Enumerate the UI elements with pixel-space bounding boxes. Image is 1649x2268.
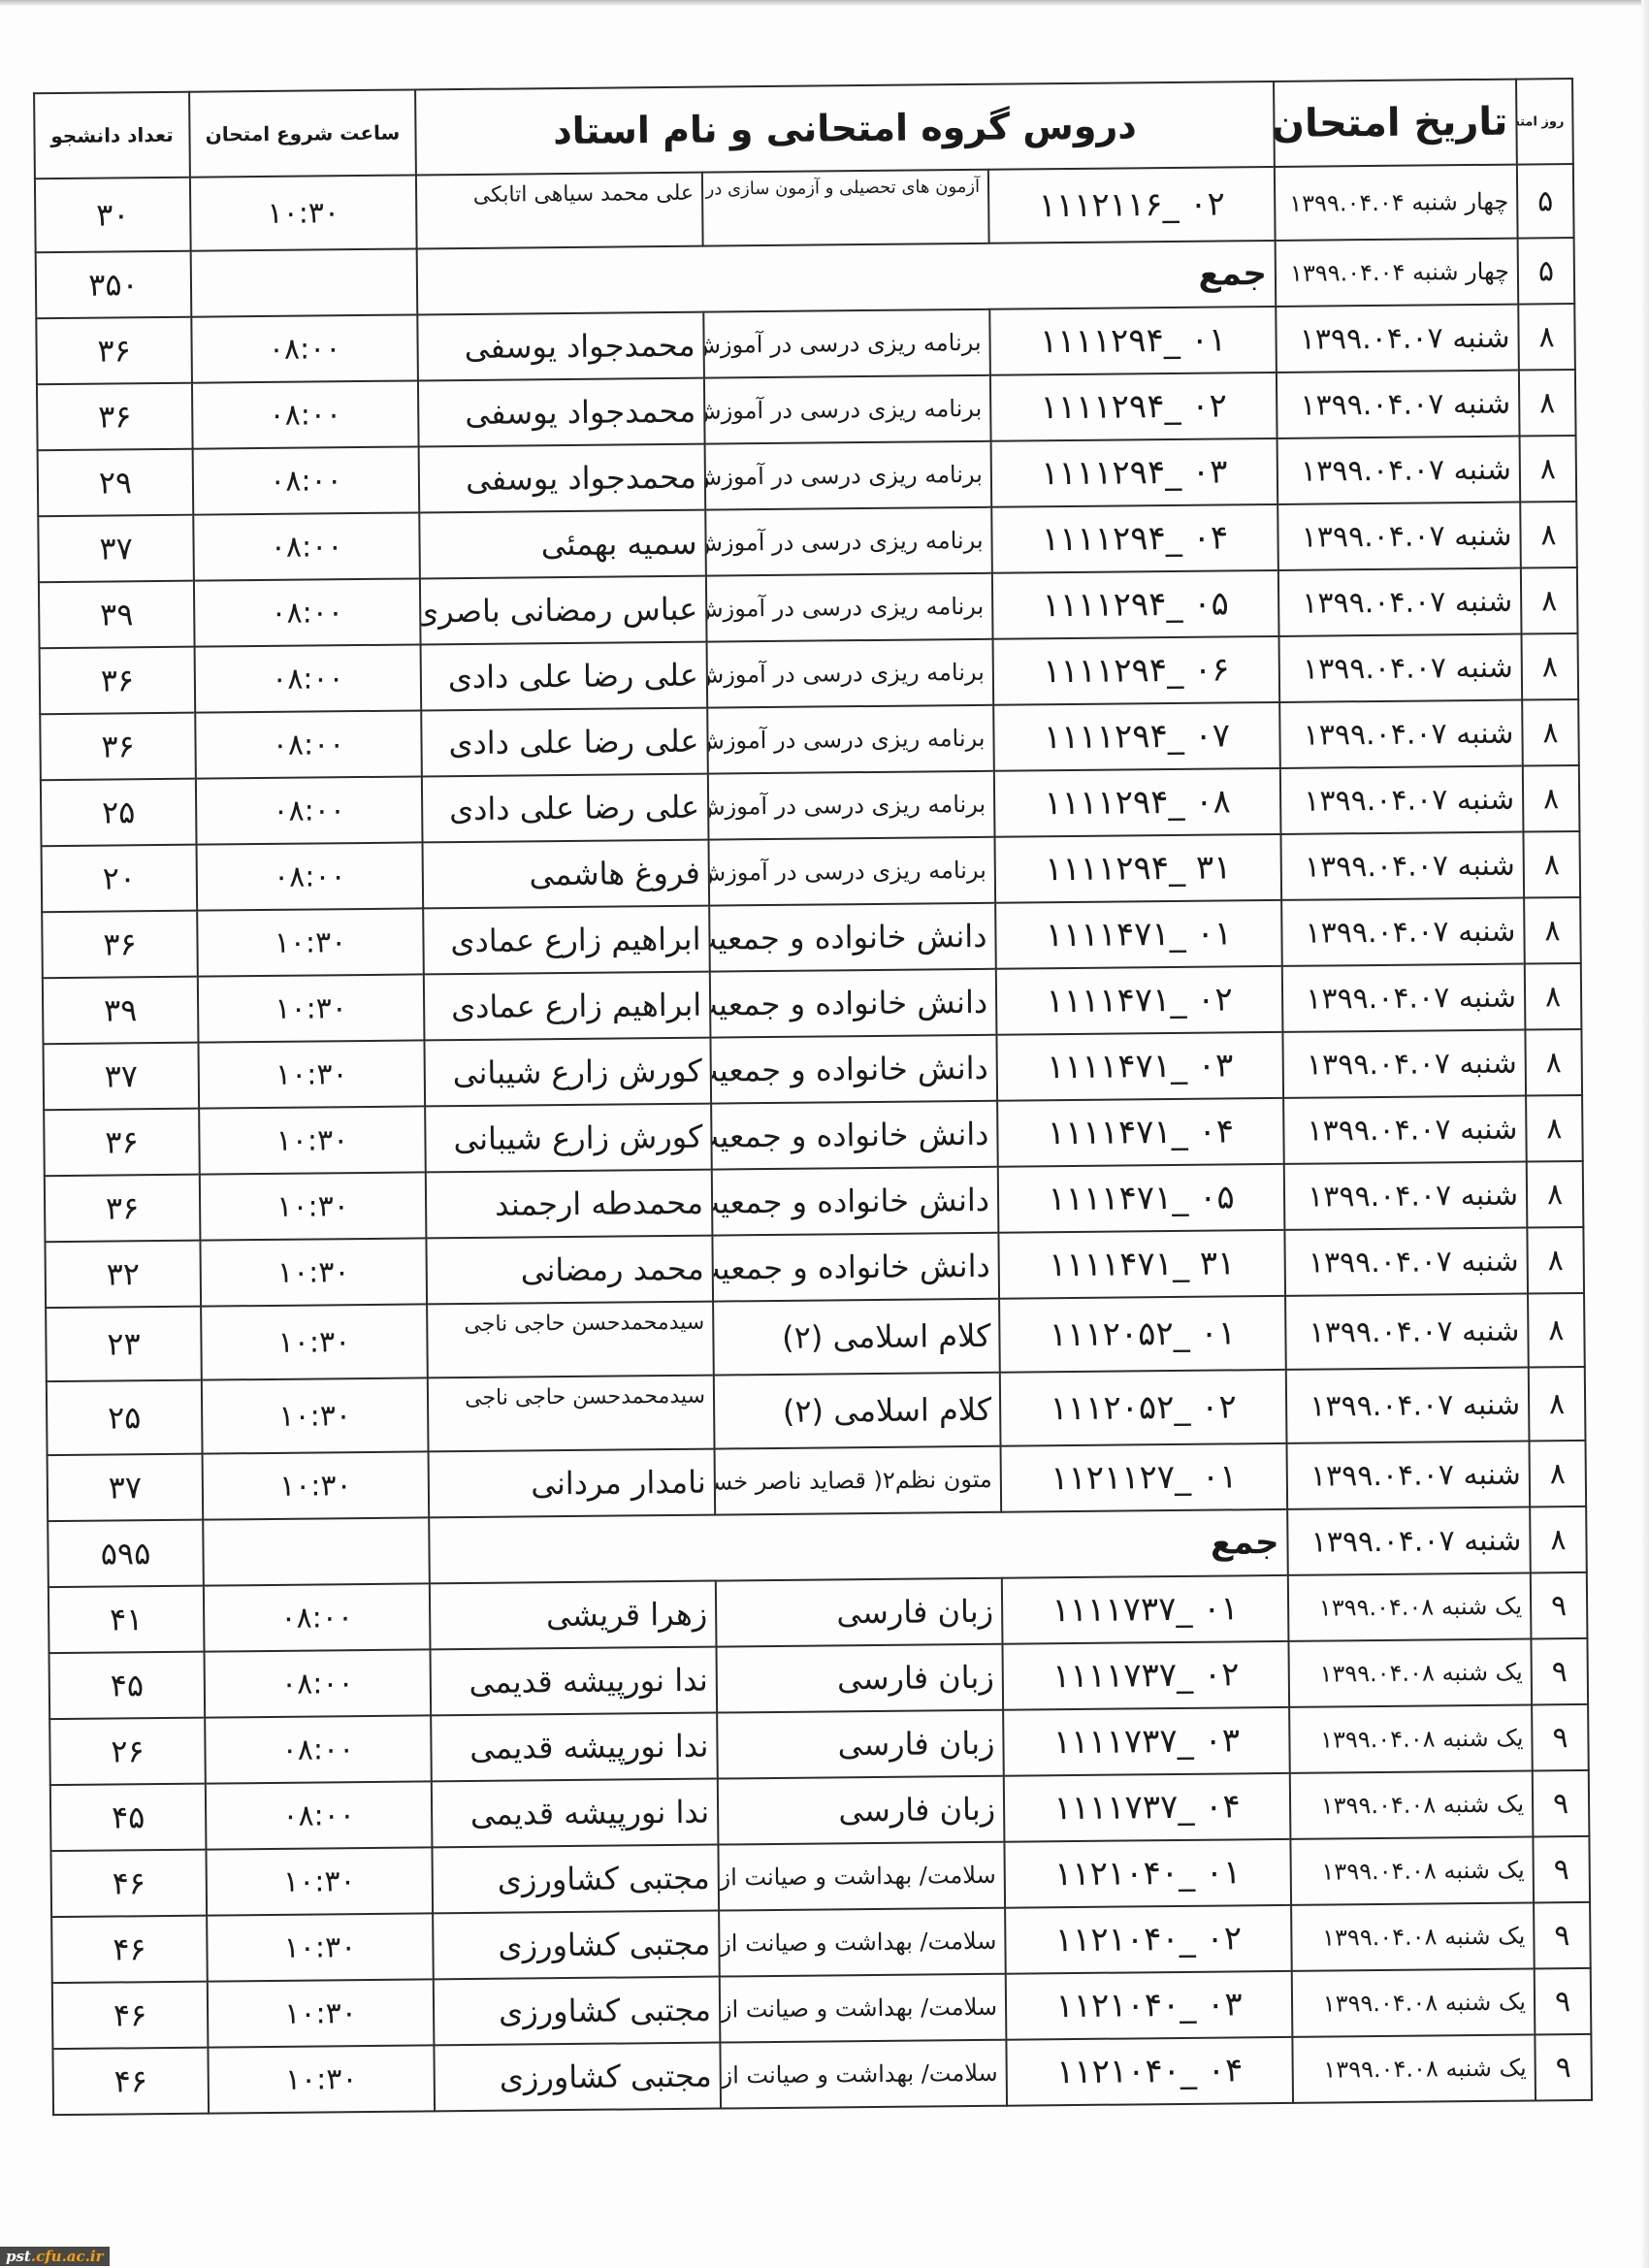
start-time-cell: ۰۸:۰۰ bbox=[197, 842, 424, 910]
exam-day-cell: ۸ bbox=[1519, 370, 1576, 437]
start-time-cell: ۱۰:۳۰ bbox=[200, 1172, 427, 1240]
exam-day-cell: ۵ bbox=[1517, 164, 1574, 239]
exam-day-cell: ۸ bbox=[1529, 1441, 1586, 1507]
student-count-cell: ۴۵ bbox=[49, 1652, 206, 1720]
professor-name-cell: محمد رمضانی bbox=[426, 1236, 713, 1305]
professor-name-cell: سمیه بهمئی bbox=[419, 510, 706, 579]
start-time-cell: ۱۰:۳۰ bbox=[200, 1238, 427, 1306]
professor-name-cell: ندا نورپیشه قدیمی bbox=[431, 1713, 718, 1782]
exam-date-cell: شنبه ۱۳۹۹.۰۴.۰۷ bbox=[1277, 437, 1521, 504]
scan-edge-shadow bbox=[0, 0, 1649, 6]
course-code-cell: ۱۱۱۱۴۷۱_ ۰۱ bbox=[995, 900, 1282, 969]
start-time-cell: ۱۰:۳۰ bbox=[208, 1979, 435, 2047]
exam-day-cell: ۸ bbox=[1523, 765, 1580, 832]
exam-date-cell: شنبه ۱۳۹۹.۰۴.۰۷ bbox=[1282, 1030, 1526, 1098]
course-name-cell: سلامت/ بهداشت و صیانت از محیط زیست bbox=[719, 1908, 1006, 1977]
exam-schedule-table: روز امتحان تاریخ امتحان دروس گروه امتحان… bbox=[33, 78, 1593, 2116]
course-name-cell: زبان فارسی bbox=[717, 1710, 1004, 1779]
course-code-cell: ۱۱۲۱۱۲۷_ ۰۱ bbox=[1001, 1443, 1288, 1512]
total-count-cell: ۳۵۰ bbox=[36, 251, 192, 319]
exam-day-cell: ۸ bbox=[1529, 1367, 1586, 1442]
exam-date-cell: یک شنبه ۱۳۹۹.۰۴.۰۸ bbox=[1288, 1572, 1532, 1640]
exam-date-cell: شنبه ۱۳۹۹.۰۴.۰۷ bbox=[1277, 371, 1520, 438]
student-count-cell: ۳۷ bbox=[48, 1454, 204, 1522]
student-count-cell: ۲۳ bbox=[46, 1307, 202, 1382]
student-count-cell: ۲۹ bbox=[38, 449, 194, 517]
exam-day-cell: ۹ bbox=[1535, 1968, 1592, 2035]
exam-day-cell: ۵ bbox=[1518, 238, 1575, 305]
professor-name-cell: فروغ هاشمی bbox=[423, 840, 710, 909]
course-code-cell: ۱۱۱۱۲۹۴_ ۰۷ bbox=[993, 702, 1280, 771]
course-name-cell: سلامت/ بهداشت و صیانت از محیط زیست bbox=[720, 1974, 1007, 2043]
exam-day-cell: ۸ bbox=[1522, 633, 1579, 700]
exam-date-cell: شنبه ۱۳۹۹.۰۴.۰۷ bbox=[1279, 634, 1523, 702]
start-time-cell: ۱۰:۳۰ bbox=[198, 974, 425, 1042]
student-count-cell: ۴۵ bbox=[50, 1784, 207, 1852]
professor-name-cell: ابراهیم زارع عمادی bbox=[424, 972, 711, 1041]
student-count-cell: ۳۶ bbox=[42, 911, 198, 979]
student-count-cell: ۴۶ bbox=[52, 2048, 209, 2116]
exam-date-cell: شنبه ۱۳۹۹.۰۴.۰۷ bbox=[1287, 1442, 1531, 1509]
course-name-cell: دانش خانواده و جمعیت bbox=[710, 969, 997, 1038]
course-code-cell: ۱۱۱۱۲۹۴_ ۰۳ bbox=[991, 438, 1278, 507]
watermark-part1: pst bbox=[6, 2248, 31, 2265]
professor-name-cell: کورش زارع شیبانی bbox=[425, 1104, 712, 1173]
professor-name-cell: ابراهیم زارع عمادی bbox=[423, 906, 710, 975]
empty-time-cell bbox=[191, 248, 418, 316]
start-time-cell: ۱۰:۳۰ bbox=[198, 1040, 425, 1108]
empty-time-cell bbox=[203, 1517, 430, 1585]
start-time-cell: ۰۸:۰۰ bbox=[204, 1583, 431, 1651]
exam-day-cell: ۸ bbox=[1521, 567, 1578, 634]
table-body: ۵چهار شنبه ۱۳۹۹.۰۴.۰۴۱۱۱۲۱۱۶_ ۰۲آزمون ها… bbox=[35, 164, 1592, 2115]
student-count-cell: ۳۶ bbox=[40, 713, 196, 781]
course-name-cell: برنامه ریزی درسی در آموزش ابتدایی bbox=[705, 441, 992, 510]
student-count-cell: ۴۶ bbox=[52, 1982, 209, 2050]
professor-name-cell: مجتبی کشاورزی bbox=[434, 2043, 721, 2112]
exam-day-cell: ۸ bbox=[1523, 831, 1580, 898]
course-code-cell: ۱۱۲۱۰۴۰_ ۰۲ bbox=[1005, 1905, 1292, 1974]
exam-day-cell: ۸ bbox=[1530, 1507, 1587, 1573]
start-time-cell: ۰۸:۰۰ bbox=[192, 380, 419, 448]
professor-name-cell: علی محمد سیاهی اتابکی bbox=[416, 173, 703, 249]
start-time-cell: ۱۰:۳۰ bbox=[199, 1106, 426, 1174]
exam-date-cell: یک شنبه ۱۳۹۹.۰۴.۰۸ bbox=[1289, 1704, 1533, 1772]
exam-date-cell: یک شنبه ۱۳۹۹.۰۴.۰۸ bbox=[1292, 1968, 1536, 2036]
student-count-cell: ۳۶ bbox=[45, 1175, 201, 1243]
course-code-cell: ۱۱۱۲۱۱۶_ ۰۲ bbox=[988, 167, 1276, 243]
student-count-cell: ۳۹ bbox=[39, 581, 195, 649]
header-date: تاریخ امتحان bbox=[1274, 80, 1517, 167]
header-start-time: ساعت شروع امتحان bbox=[189, 89, 416, 177]
course-code-cell: ۱۱۱۲۰۵۲_ ۰۲ bbox=[1000, 1370, 1287, 1446]
professor-name-cell: مجتبی کشاورزی bbox=[434, 1977, 721, 2046]
professor-name-cell: نامدار مردانی bbox=[429, 1449, 716, 1518]
course-code-cell: ۱۱۱۱۷۳۷_ ۰۴ bbox=[1004, 1773, 1291, 1842]
exam-day-cell: ۹ bbox=[1533, 1836, 1590, 1903]
professor-name-cell: علی رضا علی دادی bbox=[422, 774, 709, 843]
course-name-cell: دانش خانواده و جمعیت bbox=[710, 1035, 997, 1104]
exam-day-cell: ۹ bbox=[1534, 1902, 1591, 1969]
exam-date-cell: یک شنبه ۱۳۹۹.۰۴.۰۸ bbox=[1292, 2034, 1536, 2102]
course-name-cell: برنامه ریزی درسی در آموزش ابتدایی bbox=[704, 375, 991, 444]
exam-date-cell: یک شنبه ۱۳۹۹.۰۴.۰۸ bbox=[1288, 1638, 1532, 1706]
scan-edge-shadow-right bbox=[1641, 0, 1649, 2268]
course-code-cell: ۱۱۱۱۷۳۷_ ۰۲ bbox=[1002, 1641, 1289, 1710]
exam-day-cell: ۸ bbox=[1526, 1095, 1583, 1162]
exam-date-cell: یک شنبه ۱۳۹۹.۰۴.۰۸ bbox=[1290, 1836, 1534, 1904]
exam-date-cell: شنبه ۱۳۹۹.۰۴.۰۷ bbox=[1277, 502, 1521, 570]
start-time-cell: ۰۸:۰۰ bbox=[205, 1649, 432, 1717]
professor-name-cell: ندا نورپیشه قدیمی bbox=[431, 1647, 718, 1716]
start-time-cell: ۰۸:۰۰ bbox=[195, 644, 422, 712]
course-name-cell: دانش خانواده و جمعیت bbox=[712, 1233, 999, 1302]
course-name-cell: زبان فارسی bbox=[718, 1776, 1005, 1845]
exam-date-cell: چهار شنبه ۱۳۹۹.۰۴.۰۴ bbox=[1275, 165, 1518, 241]
course-code-cell: ۱۱۱۱۴۷۱_ ۰۲ bbox=[996, 966, 1283, 1035]
header-count: تعداد دانشجو bbox=[34, 92, 190, 179]
professor-name-cell: ندا نورپیشه قدیمی bbox=[432, 1779, 719, 1848]
exam-date-cell: شنبه ۱۳۹۹.۰۴.۰۷ bbox=[1283, 1096, 1527, 1164]
table-row: ۹یک شنبه ۱۳۹۹.۰۴.۰۸۱۱۲۱۰۴۰_ ۰۴سلامت/ بهد… bbox=[52, 2034, 1592, 2115]
start-time-cell: ۱۰:۳۰ bbox=[197, 908, 424, 976]
course-name-cell: کلام اسلامی (۲) bbox=[714, 1373, 1001, 1449]
start-time-cell: ۱۰:۳۰ bbox=[208, 2045, 435, 2113]
course-name-cell: سلامت/ بهداشت و صیانت از محیط زیست bbox=[720, 2040, 1007, 2109]
course-code-cell: ۱۱۱۱۲۹۴_ ۳۱ bbox=[994, 834, 1281, 903]
student-count-cell: ۳۰ bbox=[35, 178, 191, 253]
course-code-cell: ۱۱۱۱۲۹۴_ ۰۶ bbox=[993, 636, 1280, 705]
professor-name-cell: سیدمحمدحسن حاجی ناجی bbox=[428, 1376, 715, 1452]
exam-date-cell: شنبه ۱۳۹۹.۰۴.۰۷ bbox=[1280, 832, 1524, 900]
start-time-cell: ۰۸:۰۰ bbox=[193, 512, 420, 580]
course-name-cell: سلامت/ بهداشت و صیانت از محیط زیست bbox=[718, 1842, 1005, 1911]
professor-name-cell: سیدمحمدحسن حاجی ناجی bbox=[427, 1302, 714, 1378]
course-name-cell: دانش خانواده و جمعیت bbox=[711, 1101, 998, 1170]
course-name-cell: کلام اسلامی (۲) bbox=[713, 1299, 1000, 1376]
professor-name-cell: عباس رمضانی باصری bbox=[420, 576, 707, 645]
course-code-cell: ۱۱۲۱۰۴۰_ ۰۳ bbox=[1006, 1971, 1293, 2040]
course-name-cell: دانش خانواده و جمعیت bbox=[709, 903, 996, 972]
exam-date-cell: شنبه ۱۳۹۹.۰۴.۰۷ bbox=[1276, 305, 1519, 373]
course-code-cell: ۱۱۱۱۲۹۴_ ۰۵ bbox=[992, 570, 1279, 639]
professor-name-cell: محمدطه ارجمند bbox=[426, 1170, 713, 1239]
table-header-row: روز امتحان تاریخ امتحان دروس گروه امتحان… bbox=[34, 79, 1573, 178]
course-name-cell: برنامه ریزی درسی در آموزش ابتدایی bbox=[709, 837, 996, 906]
start-time-cell: ۱۰:۳۰ bbox=[206, 1847, 433, 1915]
course-code-cell: ۱۱۱۱۴۷۱_ ۰۳ bbox=[996, 1032, 1283, 1101]
student-count-cell: ۴۱ bbox=[48, 1586, 205, 1654]
student-count-cell: ۳۶ bbox=[44, 1109, 200, 1177]
professor-name-cell: محمدجواد یوسفی bbox=[418, 378, 705, 447]
exam-date-cell: شنبه ۱۳۹۹.۰۴.۰۷ bbox=[1282, 964, 1526, 1032]
exam-day-cell: ۸ bbox=[1518, 304, 1575, 371]
start-time-cell: ۰۸:۰۰ bbox=[196, 776, 423, 844]
student-count-cell: ۳۶ bbox=[37, 383, 193, 451]
course-name-cell: برنامه ریزی درسی در آموزش ابتدایی bbox=[707, 705, 994, 774]
course-name-cell: زبان فارسی bbox=[716, 1578, 1003, 1647]
course-code-cell: ۱۱۱۱۲۹۴_ ۰۸ bbox=[994, 768, 1281, 837]
exam-date-cell: یک شنبه ۱۳۹۹.۰۴.۰۸ bbox=[1291, 1902, 1535, 1970]
course-name-cell: آزمون های تحصیلی و آزمون سازی در آموزش ا… bbox=[702, 170, 989, 246]
start-time-cell: ۰۸:۰۰ bbox=[194, 578, 421, 646]
course-name-cell: دانش خانواده و جمعیت bbox=[712, 1167, 999, 1236]
professor-name-cell: محمدجواد یوسفی bbox=[419, 444, 706, 513]
exam-day-cell: ۸ bbox=[1520, 436, 1577, 502]
exam-day-cell: ۸ bbox=[1528, 1293, 1585, 1368]
course-code-cell: ۱۱۱۱۲۹۴_ ۰۲ bbox=[990, 373, 1277, 441]
total-count-cell: ۵۹۵ bbox=[48, 1520, 204, 1588]
start-time-cell: ۰۸:۰۰ bbox=[191, 314, 418, 382]
exam-date-cell: شنبه ۱۳۹۹.۰۴.۰۷ bbox=[1279, 700, 1523, 768]
header-day: روز امتحان bbox=[1516, 79, 1573, 165]
start-time-cell: ۰۸:۰۰ bbox=[193, 446, 420, 514]
course-name-cell: برنامه ریزی درسی در آموزش ابتدایی bbox=[707, 639, 994, 708]
professor-name-cell: مجتبی کشاورزی bbox=[432, 1845, 719, 1914]
watermark-part2: .cfu.ac.ir bbox=[31, 2248, 104, 2265]
course-code-cell: ۱۱۱۱۷۳۷_ ۰۳ bbox=[1003, 1707, 1290, 1776]
student-count-cell: ۳۷ bbox=[38, 515, 194, 583]
course-code-cell: ۱۱۱۱۴۷۱_ ۰۵ bbox=[998, 1164, 1285, 1233]
exam-date-cell: شنبه ۱۳۹۹.۰۴.۰۷ bbox=[1280, 766, 1524, 834]
exam-day-cell: ۸ bbox=[1525, 1029, 1582, 1096]
exam-date-cell: یک شنبه ۱۳۹۹.۰۴.۰۸ bbox=[1290, 1770, 1534, 1838]
exam-date-cell: شنبه ۱۳۹۹.۰۴.۰۷ bbox=[1278, 568, 1522, 636]
student-count-cell: ۲۵ bbox=[47, 1380, 203, 1456]
start-time-cell: ۱۰:۳۰ bbox=[202, 1377, 429, 1453]
student-count-cell: ۲۶ bbox=[49, 1718, 206, 1786]
professor-name-cell: علی رضا علی دادی bbox=[421, 708, 708, 777]
course-code-cell: ۱۱۱۱۴۷۱_ ۳۱ bbox=[998, 1230, 1285, 1299]
professor-name-cell: زهرا قریشی bbox=[430, 1581, 717, 1650]
student-count-cell: ۳۷ bbox=[43, 1043, 199, 1111]
exam-date-cell: شنبه ۱۳۹۹.۰۴.۰۷ bbox=[1285, 1294, 1529, 1370]
exam-date-cell: شنبه ۱۳۹۹.۰۴.۰۷ bbox=[1287, 1507, 1531, 1574]
student-count-cell: ۳۹ bbox=[43, 977, 199, 1045]
student-count-cell: ۳۶ bbox=[40, 647, 196, 715]
exam-day-cell: ۹ bbox=[1531, 1572, 1588, 1639]
student-count-cell: ۴۶ bbox=[51, 1916, 208, 1984]
exam-day-cell: ۹ bbox=[1535, 2034, 1592, 2101]
exam-day-cell: ۹ bbox=[1532, 1704, 1589, 1771]
professor-name-cell: محمدجواد یوسفی bbox=[417, 312, 704, 381]
exam-date-cell: شنبه ۱۳۹۹.۰۴.۰۷ bbox=[1284, 1228, 1528, 1296]
student-count-cell: ۳۶ bbox=[36, 317, 192, 385]
exam-date-cell: شنبه ۱۳۹۹.۰۴.۰۷ bbox=[1286, 1368, 1530, 1443]
exam-day-cell: ۸ bbox=[1527, 1161, 1584, 1228]
exam-day-cell: ۹ bbox=[1533, 1770, 1590, 1837]
professor-name-cell: علی رضا علی دادی bbox=[421, 642, 708, 711]
start-time-cell: ۰۸:۰۰ bbox=[205, 1715, 432, 1783]
exam-date-cell: شنبه ۱۳۹۹.۰۴.۰۷ bbox=[1281, 898, 1525, 966]
exam-date-cell: چهار شنبه ۱۳۹۹.۰۴.۰۴ bbox=[1276, 239, 1519, 307]
start-time-cell: ۰۸:۰۰ bbox=[195, 710, 422, 778]
exam-day-cell: ۸ bbox=[1520, 502, 1577, 568]
course-code-cell: ۱۱۲۱۰۴۰_ ۰۴ bbox=[1006, 2037, 1293, 2106]
start-time-cell: ۱۰:۳۰ bbox=[203, 1451, 430, 1519]
student-count-cell: ۲۰ bbox=[42, 845, 198, 913]
course-name-cell: برنامه ریزی درسی در آموزش ابتدایی bbox=[706, 573, 993, 642]
student-count-cell: ۲۵ bbox=[41, 779, 197, 847]
course-code-cell: ۱۱۱۱۷۳۷_ ۰۱ bbox=[1002, 1575, 1289, 1644]
course-name-cell: برنامه ریزی درسی در آموزش ابتدایی bbox=[705, 507, 992, 576]
course-code-cell: ۱۱۱۱۴۷۱_ ۰۴ bbox=[997, 1098, 1284, 1167]
professor-name-cell: مجتبی کشاورزی bbox=[433, 1911, 720, 1980]
exam-day-cell: ۸ bbox=[1522, 699, 1579, 766]
course-code-cell: ۱۱۱۲۰۵۲_ ۰۱ bbox=[999, 1296, 1286, 1373]
total-label: جمع bbox=[417, 241, 1277, 314]
course-code-cell: ۱۱۲۱۰۴۰_ ۰۱ bbox=[1004, 1839, 1291, 1908]
course-name-cell: برنامه ریزی درسی در آموزش ابتدایی bbox=[703, 309, 990, 378]
exam-day-cell: ۹ bbox=[1531, 1638, 1588, 1705]
student-count-cell: ۴۶ bbox=[50, 1850, 207, 1918]
start-time-cell: ۱۰:۳۰ bbox=[207, 1913, 434, 1981]
course-name-cell: برنامه ریزی درسی در آموزش ابتدایی bbox=[708, 771, 995, 840]
total-label: جمع bbox=[429, 1509, 1288, 1583]
start-time-cell: ۱۰:۳۰ bbox=[190, 175, 417, 250]
student-count-cell: ۳۲ bbox=[45, 1241, 201, 1309]
exam-day-cell: ۸ bbox=[1527, 1227, 1584, 1294]
watermark: pst.cfu.ac.ir bbox=[0, 2247, 110, 2266]
professor-name-cell: کورش زارع شیبانی bbox=[424, 1038, 711, 1107]
course-code-cell: ۱۱۱۱۲۹۴_ ۰۱ bbox=[989, 307, 1277, 375]
course-code-cell: ۱۱۱۱۲۹۴_ ۰۴ bbox=[991, 504, 1278, 573]
header-courses: دروس گروه امتحانی و نام استاد bbox=[415, 81, 1275, 175]
course-name-cell: متون نظم۲( قصاید ناصر خسرو و مسعود سعد) bbox=[715, 1446, 1002, 1515]
start-time-cell: ۱۰:۳۰ bbox=[201, 1304, 428, 1379]
course-name-cell: زبان فارسی bbox=[716, 1644, 1003, 1713]
exam-day-cell: ۸ bbox=[1524, 897, 1581, 964]
exam-date-cell: شنبه ۱۳۹۹.۰۴.۰۷ bbox=[1284, 1162, 1528, 1230]
exam-day-cell: ۸ bbox=[1525, 963, 1582, 1030]
start-time-cell: ۰۸:۰۰ bbox=[206, 1781, 433, 1849]
